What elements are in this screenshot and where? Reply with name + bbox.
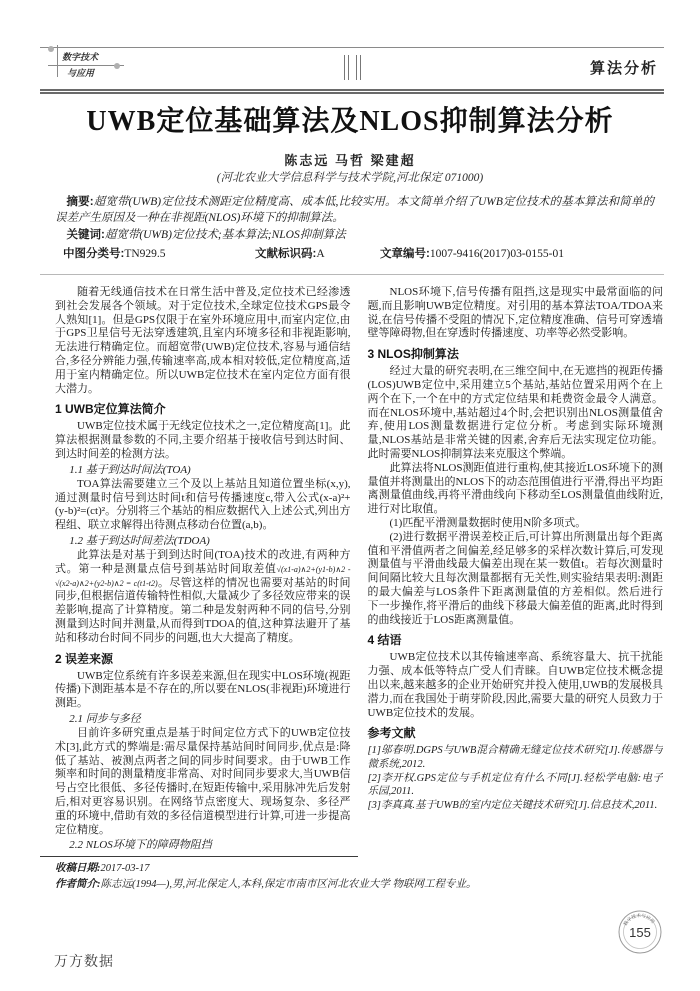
footnote-block: 收稿日期:2017-03-17 作者简介:陈志远(1994—),男,河北保定人,… xyxy=(55,861,660,892)
section-1-paragraph: UWB定位技术属于无线定位技术之一,定位精度高[1]。此算法根据测量参数的不同,… xyxy=(55,420,351,461)
doc-code-label: 文献标识码: xyxy=(255,248,316,260)
abstract-block: 摘要:超宽带(UWB)定位技术测距定位精度高、成本低,比较实用。本文简单介绍了U… xyxy=(55,195,654,263)
reference-item: [3]李真真.基于UWB的室内定位关键技术研究[J].信息技术,2011. xyxy=(368,799,664,813)
received-date-line: 收稿日期:2017-03-17 xyxy=(55,861,660,877)
logo-dot-icon xyxy=(48,46,54,52)
section-2-paragraph: UWB定位系统有许多误差来源,但在现实中LOS环境(视距传播)下测距基本是不存在… xyxy=(55,670,351,711)
section-1-2-paragraph: 此算法是对基于到到达时间(TOA)技术的改进,有两种方式。第一种是测量点信号到基… xyxy=(55,549,351,646)
page-number: 155 xyxy=(629,925,651,940)
section-heading-2: 2 误差来源 xyxy=(55,650,351,667)
abstract-paragraph: 摘要:超宽带(UWB)定位技术测距定位精度高、成本低,比较实用。本文简单介绍了U… xyxy=(55,195,654,226)
document-code: 文献标识码:A xyxy=(255,247,325,263)
section-1-1-paragraph: TOA算法需要建立三个及以上基站且知道位置坐标(x,y),通过测量时信号到达时间… xyxy=(55,478,351,533)
author-bio-label: 作者简介: xyxy=(55,879,101,890)
subsection-heading-2-1: 2.1 同步与多径 xyxy=(55,712,351,726)
author-bio-text: 陈志远(1994—),男,河北保定人,本科,保定市南市区河北农业大学 物联网工程… xyxy=(101,879,477,890)
reference-item: [2]李开权.GPS定位与手机定位有什么不同[J].轻松学电脑:电子乐园,201… xyxy=(368,772,664,799)
subsection-heading-2-2: 2.2 NLOS环境下的障碍物阻挡 xyxy=(55,838,351,852)
received-date-label: 收稿日期: xyxy=(55,863,101,874)
section-2-1-paragraph: 目前许多研究重点是基于时间定位方式下的UWB定位技术[3],此方式的弊端是:需尽… xyxy=(55,727,351,837)
journal-logo-line1: 数字技术 xyxy=(48,50,124,66)
wanfang-watermark: 万方数据 xyxy=(54,951,114,971)
section-3-item-1: (1)匹配平滑测量数据时使用N阶多项式。 xyxy=(368,517,664,531)
section-heading-3: 3 NLOS抑制算法 xyxy=(368,345,664,362)
clc-label: 中图分类号: xyxy=(63,248,124,260)
section-3-paragraph-1: 经过大量的研究表明,在三维空间中,在无遮挡的视距传播(LOS)UWB定位中,采用… xyxy=(368,365,664,462)
keywords-text: 超宽带(UWB)定位技术;基本算法;NLOS抑制算法 xyxy=(105,229,346,241)
article-title: UWB定位基础算法及NLOS抑制算法分析 xyxy=(0,99,700,139)
abstract-divider xyxy=(40,274,664,275)
logo-dot-icon xyxy=(114,63,120,69)
abstract-text: 超宽带(UWB)定位技术测距定位精度高、成本低,比较实用。本文简单介绍了UWB定… xyxy=(55,196,654,224)
received-date-value: 2017-03-17 xyxy=(101,863,150,874)
journal-logo: 数字技术 与应用 xyxy=(48,50,134,84)
clc-number: 中图分类号:TN929.5 xyxy=(63,247,166,263)
article-meta-row: 中图分类号:TN929.5 文献标识码:A 文章编号:1007-9416(201… xyxy=(55,247,654,263)
section-3-item-2: (2)进行数据平滑误差校正后,可计算出所测量出每个距离值和平滑值两者之间偏差,经… xyxy=(368,531,664,628)
doc-code-value: A xyxy=(316,248,324,260)
header-divider-marks-icon xyxy=(344,55,361,80)
section-heading-1: 1 UWB定位算法简介 xyxy=(55,400,351,417)
article-id: 文章编号:1007-9416(2017)03-0155-01 xyxy=(380,247,564,263)
affiliation: (河北农业大学信息科学与技术学院,河北保定 071000) xyxy=(0,169,700,185)
keywords-line: 关键词:超宽带(UWB)定位技术;基本算法;NLOS抑制算法 xyxy=(55,228,654,244)
section-column-label: 算法分析 xyxy=(590,57,658,78)
abstract-label: 摘要: xyxy=(67,196,94,208)
section-3-paragraph-2: 此算法将NLOS测距值进行重构,使其接近LOS环境下的测量值并将测量出的NLOS… xyxy=(368,462,664,517)
page-number-badge: 数字技术与应用 155 xyxy=(616,908,664,956)
author-bio-line: 作者简介:陈志远(1994—),男,河北保定人,本科,保定市南市区河北农业大学 … xyxy=(55,877,660,893)
conclusion-paragraph: UWB定位技术以其传输速率高、系统容量大、抗干扰能力强、成本低等特点广受人们青睐… xyxy=(368,651,664,720)
subsection-heading-1-1: 1.1 基于到达时间法(TOA) xyxy=(55,463,351,477)
section-heading-4: 4 结语 xyxy=(368,631,664,648)
right-column: NLOS环境下,信号传播有阻挡,这是现实中最常面临的问题,而且影响UWB定位精度… xyxy=(368,286,664,854)
journal-page: 数字技术 与应用 算法分析 UWB定位基础算法及NLOS抑制算法分析 陈志远 马… xyxy=(0,0,700,991)
clc-value: TN929.5 xyxy=(124,248,165,260)
keywords-label: 关键词: xyxy=(67,229,105,241)
authors: 陈志远 马哲 梁建超 xyxy=(0,150,700,169)
reference-item: [1]邬春明.DGPS与UWB混合精确无缝定位技术研究[J].传感器与微系统,2… xyxy=(368,744,664,771)
footnote-divider xyxy=(40,856,358,857)
article-id-value: 1007-9416(2017)03-0155-01 xyxy=(430,248,564,260)
subsection-heading-1-2: 1.2 基于到达时间差法(TDOA) xyxy=(55,534,351,548)
left-column: 随着无线通信技术在日常生活中普及,定位技术已经渗透到社会发展各个领域。对于定位技… xyxy=(55,286,351,854)
section-2-2-paragraph: NLOS环境下,信号传播有阻挡,这是现实中最常面临的问题,而且影响UWB定位精度… xyxy=(368,286,664,341)
article-body: 随着无线通信技术在日常生活中普及,定位技术已经渗透到社会发展各个领域。对于定位技… xyxy=(55,286,663,854)
page-header: 数字技术 与应用 算法分析 xyxy=(40,47,664,94)
intro-paragraph: 随着无线通信技术在日常生活中普及,定位技术已经渗透到社会发展各个领域。对于定位技… xyxy=(55,286,351,396)
references-heading: 参考文献 xyxy=(368,724,664,741)
journal-logo-line2: 与应用 xyxy=(48,66,134,81)
article-id-label: 文章编号: xyxy=(380,248,430,260)
